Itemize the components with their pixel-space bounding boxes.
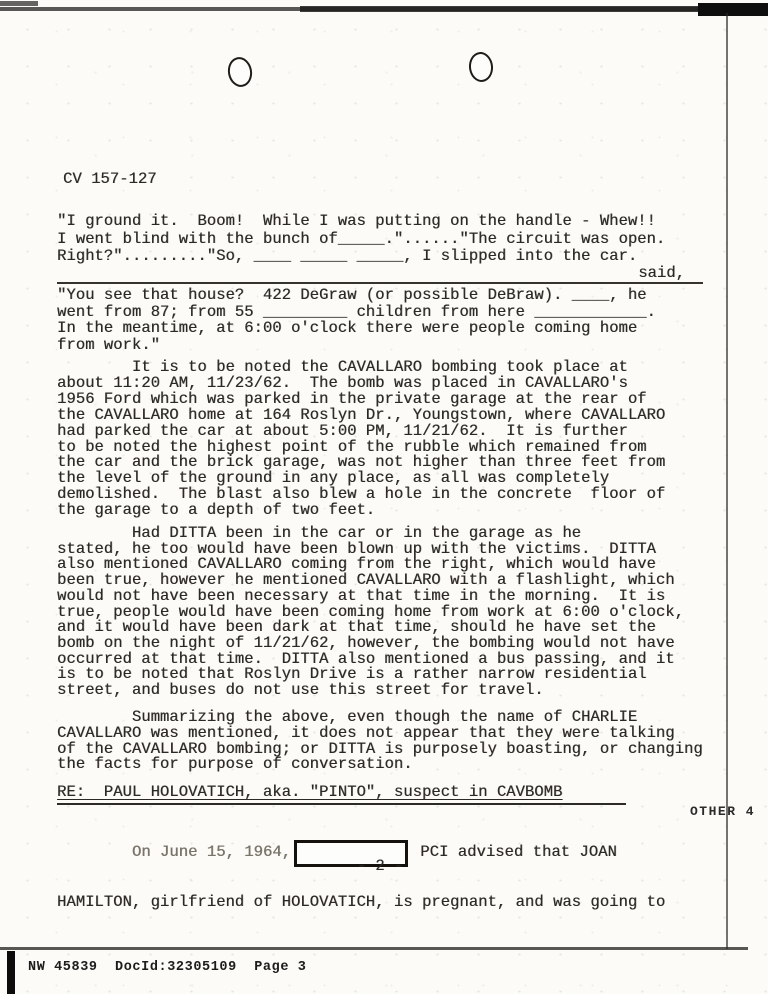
page-number: - 2 - [330, 857, 430, 875]
scan-edge-top-dark-segment [300, 6, 710, 12]
footer-left-bar [7, 951, 15, 994]
pci-advised-text: PCI advised that JOAN [411, 843, 617, 861]
scan-corner-top-right [698, 3, 768, 16]
scanned-document-page: CV 157-127 "I ground it. Boom! While I w… [0, 0, 768, 994]
quote-said-line: said, [57, 264, 703, 284]
quote-paragraph-part2: "You see that house? 422 DeGraw (or poss… [57, 287, 656, 353]
paragraph-summary: Summarizing the above, even though the n… [57, 710, 703, 773]
paragraph-ditta-analysis: Had DITTA been in the car or in the gara… [57, 526, 684, 699]
case-number: CV 157-127 [63, 171, 157, 188]
scan-mark-top-left [0, 1, 38, 6]
footer-id-line: NW 45839 DocId:32305109 Page 3 [28, 960, 306, 975]
paragraph-bombing-details: It is to be noted the CAVALLARO bombing … [57, 360, 665, 519]
quote-paragraph-part1: "I ground it. Boom! While I was putting … [57, 213, 665, 266]
re-subject-heading: RE: PAUL HOLOVATICH, aka. "PINTO", suspe… [57, 783, 626, 805]
margin-annotation: OTHER 4 [690, 804, 755, 819]
hole-punch-left [226, 55, 255, 89]
hole-punch-right [467, 51, 494, 83]
paragraph-line: HAMILTON, girlfriend of HOLOVATICH, is p… [57, 894, 665, 911]
paragraph-holovatich: On June 15, 1964, PCI advised that JOAN … [57, 811, 665, 943]
date-text: On June 15, 1964, [57, 843, 291, 861]
scan-edge-bottom [0, 947, 748, 950]
re-subject-heading-text: RE: PAUL HOLOVATICH, aka. "PINTO", suspe… [57, 783, 626, 805]
